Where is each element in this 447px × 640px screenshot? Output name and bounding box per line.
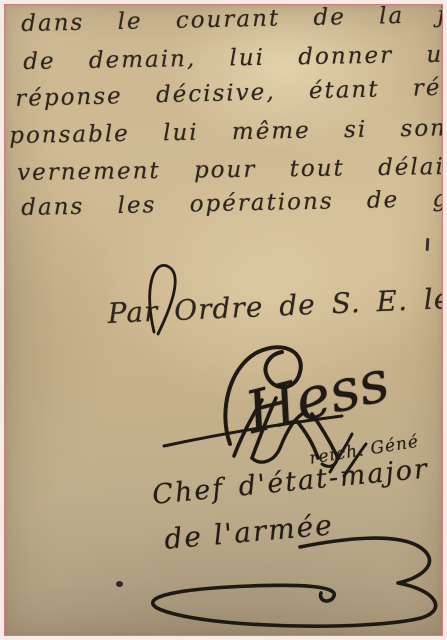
signature-title-line-2: de l'armée [163, 508, 335, 556]
handwriting-line-4: ponsable lui même si son Gou [9, 114, 442, 149]
handwriting-line-2: de demain, lui donner une [23, 41, 442, 75]
photo-frame-line: dans le courant de la jour de demain, lu… [4, 4, 443, 636]
flourish-right-curve [300, 538, 436, 618]
ink-tick-mark [426, 238, 430, 251]
order-line-main: Par Ordre de S. E. le [107, 281, 442, 330]
letter-paper: dans le courant de la jour de demain, lu… [5, 5, 442, 635]
signature-name: Hess [239, 346, 396, 447]
handwriting-line-3: réponse décisive, étant rés [15, 74, 442, 112]
ink-speck [116, 581, 123, 587]
order-line: Par Ordre de S. E. le Maréch [107, 276, 442, 330]
handwriting-line-6: dans les opérations de gue [21, 185, 442, 221]
handwriting-line-5: vernement pour tout délai [17, 154, 442, 186]
framed-letter-photo: dans le courant de la jour de demain, lu… [0, 0, 447, 640]
handwriting-line-1: dans le courant de la jour [21, 5, 442, 37]
flourish-underline-ellipse [153, 585, 421, 626]
